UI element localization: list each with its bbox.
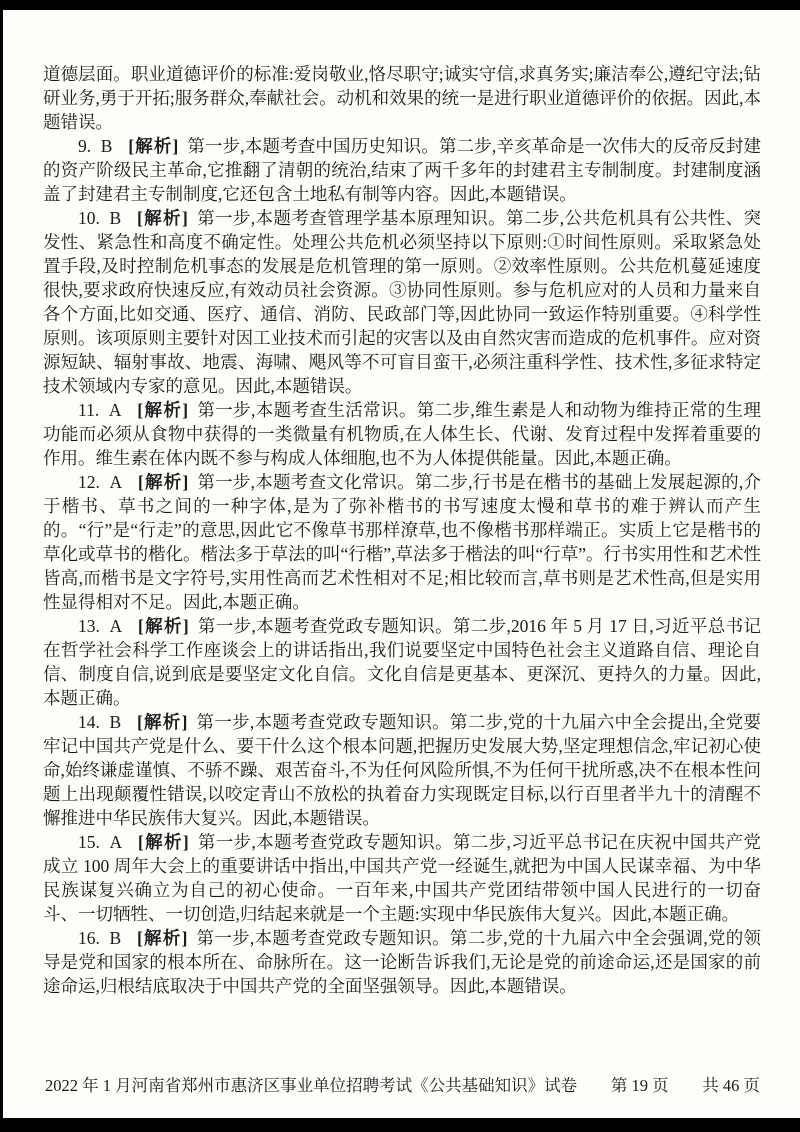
question-number: 11. bbox=[78, 400, 99, 420]
analysis-tag: [解析] bbox=[137, 400, 189, 420]
answer-letter: B bbox=[110, 208, 122, 228]
question-number: 16. bbox=[78, 928, 100, 948]
answer-item-15: 15.A[解析]第一步,本题考查党政专题知识。第二步,习近平总书记在庆祝中国共产… bbox=[43, 830, 761, 926]
answer-letter: B bbox=[110, 712, 122, 732]
answer-item-9: 9.B[解析]第一步,本题考查中国历史知识。第二步,辛亥革命是一次伟大的反帝反封… bbox=[43, 134, 761, 206]
question-number: 15. bbox=[78, 832, 100, 852]
answer-item-16: 16.B[解析]第一步,本题考查党政专题知识。第二步,党的十九届六中全会强调,党… bbox=[43, 926, 761, 998]
page-footer: 2022 年 1 月河南省郑州市惠济区事业单位招聘考试《公共基础知识》试卷 第 … bbox=[45, 1072, 760, 1096]
answer-item-14: 14.B[解析]第一步,本题考查党政专题知识。第二步,党的十九届六中全会提出,全… bbox=[43, 710, 761, 830]
question-number: 13. bbox=[78, 616, 100, 636]
answer-item-11: 11.A[解析]第一步,本题考查生活常识。第二步,维生素是人和动物为维持正常的生… bbox=[43, 398, 761, 470]
question-number: 10. bbox=[78, 208, 100, 228]
answer-letter: A bbox=[110, 832, 123, 852]
analysis-text: 第一步,本题考查文化常识。第二步,行书是在楷书的基础上发展起源的,介于楷书、草书… bbox=[43, 472, 761, 612]
answer-letter: A bbox=[110, 616, 123, 636]
analysis-tag: [解析] bbox=[128, 136, 179, 156]
question-number: 9. bbox=[78, 136, 91, 156]
scan-background: { "colors": { "ink": "#1b1b1b", "paper":… bbox=[0, 0, 800, 1132]
analysis-tag: [解析] bbox=[138, 616, 190, 636]
question-number: 12. bbox=[78, 472, 100, 492]
footer-exam-title: 2022 年 1 月河南省郑州市惠济区事业单位招聘考试《公共基础知识》试卷 bbox=[45, 1072, 577, 1096]
question-number: 14. bbox=[78, 712, 100, 732]
answer-letter: B bbox=[110, 928, 122, 948]
analysis-tag: [解析] bbox=[138, 472, 189, 492]
answer-item-12: 12.A[解析]第一步,本题考查文化常识。第二步,行书是在楷书的基础上发展起源的… bbox=[43, 470, 761, 614]
analysis-tag: [解析] bbox=[137, 928, 188, 948]
footer-page-number: 第 19 页 bbox=[611, 1072, 669, 1096]
page-content: 道德层面。职业道德评价的标准:爱岗敬业,恪尽职守;诚实守信,求真务实;廉洁奉公,… bbox=[3, 10, 800, 998]
paragraph-continuation: 道德层面。职业道德评价的标准:爱岗敬业,恪尽职守;诚实守信,求真务实;廉洁奉公,… bbox=[43, 62, 761, 134]
answer-letter: B bbox=[101, 136, 113, 156]
answer-letter: A bbox=[110, 472, 123, 492]
analysis-tag: [解析] bbox=[138, 832, 190, 852]
answer-item-10: 10.B[解析]第一步,本题考查管理学基本原理知识。第二步,公共危机具有公共性、… bbox=[43, 206, 761, 398]
analysis-text: 第一步,本题考查管理学基本原理知识。第二步,公共危机具有公共性、突发性、紧急性和… bbox=[43, 208, 761, 396]
analysis-tag: [解析] bbox=[137, 208, 189, 228]
answer-item-13: 13.A[解析]第一步,本题考查党政专题知识。第二步,2016 年 5 月 17… bbox=[43, 614, 761, 710]
answer-letter: A bbox=[109, 400, 122, 420]
document-page: 道德层面。职业道德评价的标准:爱岗敬业,恪尽职守;诚实守信,求真务实;廉洁奉公,… bbox=[3, 10, 800, 1118]
analysis-tag: [解析] bbox=[137, 712, 188, 732]
footer-total-pages: 共 46 页 bbox=[702, 1072, 760, 1096]
